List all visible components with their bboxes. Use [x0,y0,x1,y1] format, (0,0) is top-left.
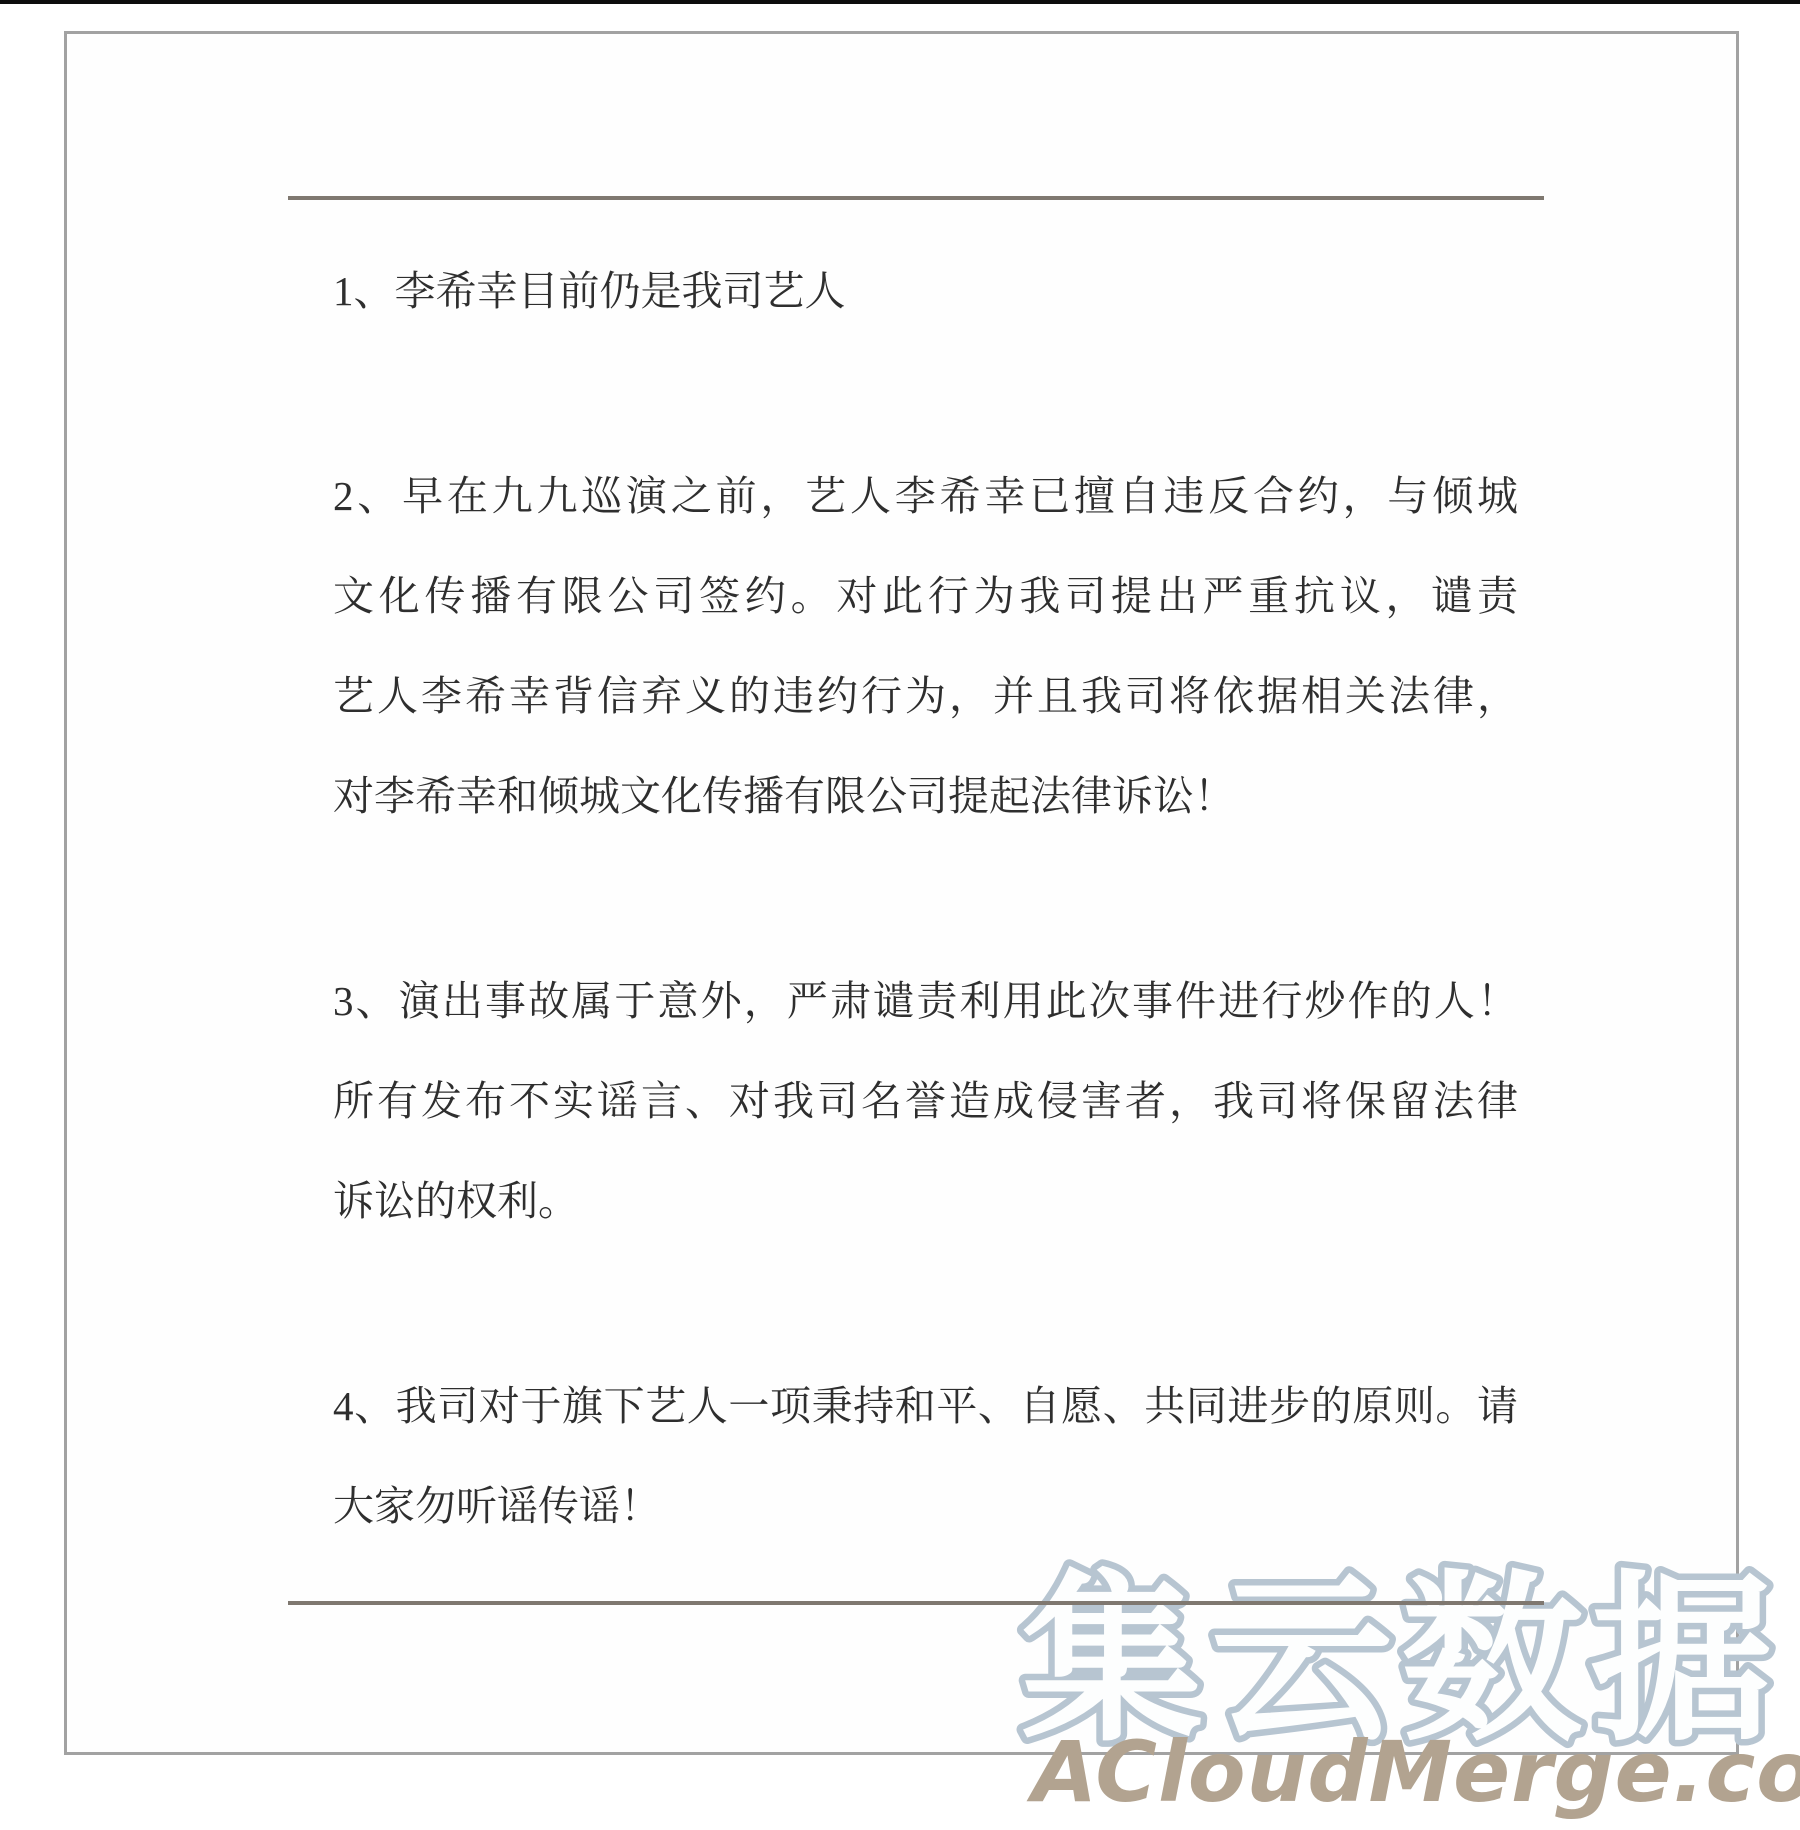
top-horizontal-rule [288,196,1544,200]
announcement-item-2: 2、早在九九巡演之前，艺人李希幸已擅自违反合约，与倾城 文化传播有限公司签约。对… [333,446,1518,846]
statement-line: 艺人李希幸背信弃义的违约行为，并且我司将依据相关法律， [333,646,1518,746]
statement-line: 对李希幸和倾城文化传播有限公司提起法律诉讼！ [333,746,1518,846]
bottom-horizontal-rule [288,1601,1544,1605]
announcement-item-4: 4、我司对于旗下艺人一项秉持和平、自愿、共同进步的原则。请 大家勿听谣传谣！ [333,1356,1518,1556]
statement-page: 1、李希幸目前仍是我司艺人 2、早在九九巡演之前，艺人李希幸已擅自违反合约，与倾… [0,0,1800,1830]
statement-line: 文化传播有限公司签约。对此行为我司提出严重抗议，谴责 [333,546,1518,646]
statement-line: 1、李希幸目前仍是我司艺人 [333,241,1518,341]
statement-line: 4、我司对于旗下艺人一项秉持和平、自愿、共同进步的原则。请 [333,1356,1518,1456]
statement-line: 3、演出事故属于意外，严肃谴责利用此次事件进行炒作的人！ [333,951,1518,1051]
statement-line: 诉讼的权利。 [333,1151,1518,1251]
statement-line: 所有发布不实谣言、对我司名誉造成侵害者，我司将保留法律 [333,1051,1518,1151]
announcement-item-3: 3、演出事故属于意外，严肃谴责利用此次事件进行炒作的人！ 所有发布不实谣言、对我… [333,951,1518,1251]
top-edge-strip [0,0,1800,4]
statement-line: 2、早在九九巡演之前，艺人李希幸已擅自违反合约，与倾城 [333,446,1518,546]
announcement-body: 1、李希幸目前仍是我司艺人 2、早在九九巡演之前，艺人李希幸已擅自违反合约，与倾… [333,241,1518,1556]
watermark-url-text: ACloudMerge.com [1032,1722,1800,1827]
announcement-item-1: 1、李希幸目前仍是我司艺人 [333,241,1518,341]
